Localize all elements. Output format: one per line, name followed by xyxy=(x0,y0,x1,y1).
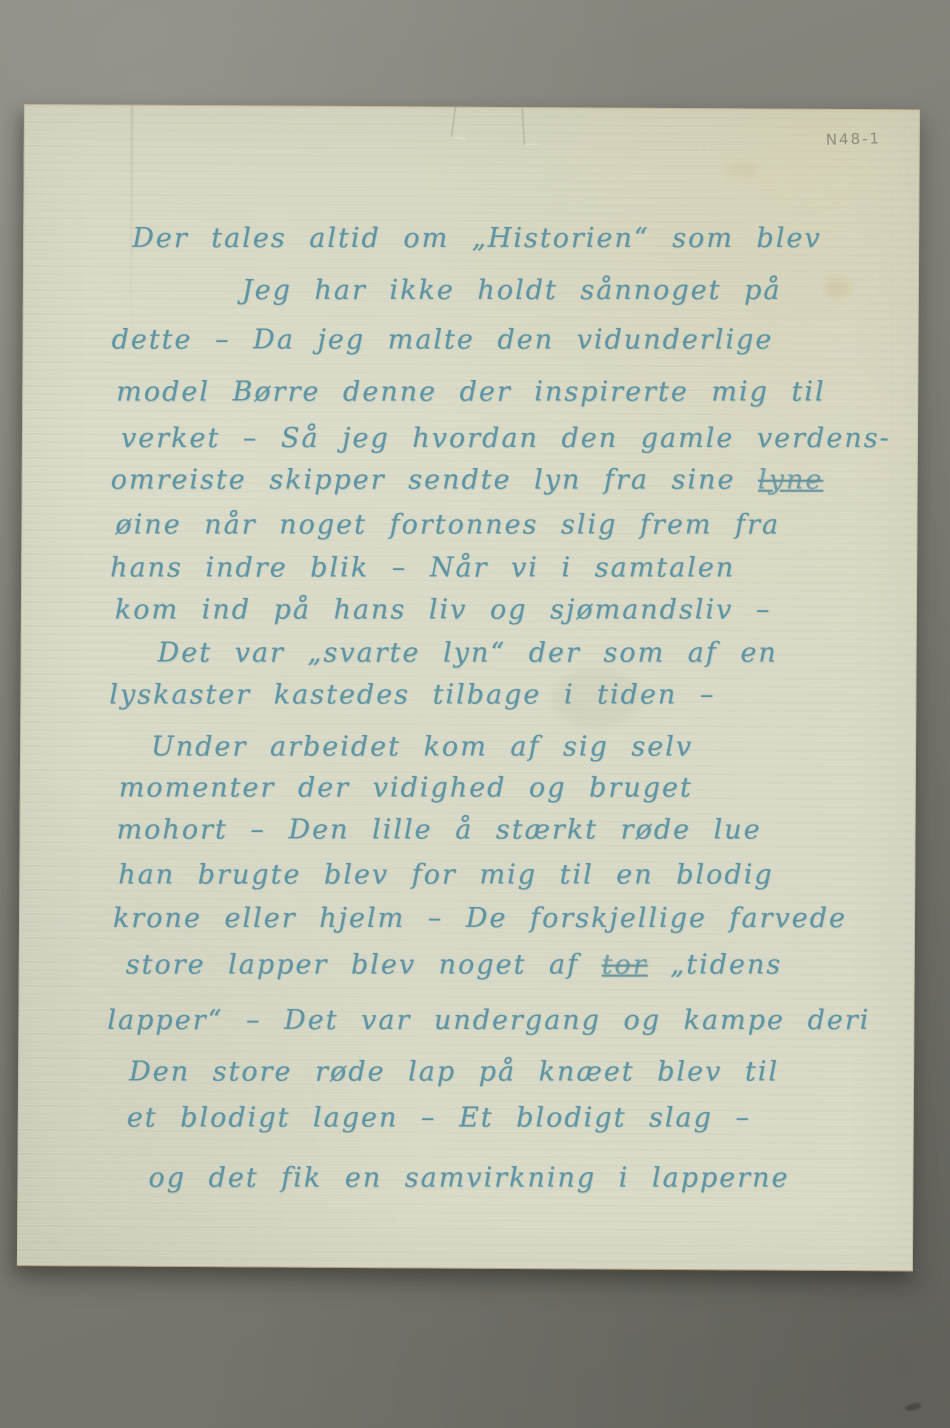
manuscript-line: Jeg har ikke holdt sånnoget på xyxy=(242,275,782,306)
manuscript-line: krone eller hjelm – De forskjellige farv… xyxy=(113,903,847,934)
handwriting-text: øine når noget fortonnes slig frem fra xyxy=(115,510,780,541)
handwriting-text: hans indre blik – Når vi i samtalen xyxy=(110,552,735,583)
handwriting-text: mohort – Den lille å stærkt røde lue xyxy=(117,815,762,846)
handwriting-text: Det var „svarte lyn“ der som af en xyxy=(158,638,778,669)
manuscript-line: verket – Så jeg hvordan den gamle verden… xyxy=(121,423,891,454)
handwriting-text: dette – Da jeg malte den vidunderlige xyxy=(112,325,774,356)
handwriting-text: verket – Så jeg hvordan den gamle verden… xyxy=(121,423,891,454)
handwriting-text: „tidens xyxy=(648,950,783,981)
manuscript-line: øine når noget fortonnes slig frem fra xyxy=(115,510,780,541)
manuscript-line: lyskaster kastedes tilbage i tiden – xyxy=(109,679,715,710)
handwriting-text: store lapper blev noget af xyxy=(126,950,602,981)
manuscript-line: han brugte blev for mig til en blodig xyxy=(118,860,773,891)
manuscript-line: Der tales altid om „Historien“ som blev xyxy=(132,223,822,254)
manuscript-line: hans indre blik – Når vi i samtalen xyxy=(110,552,735,583)
manuscript-line: Under arbeidet kom af sig selv xyxy=(151,731,693,762)
handwriting-text: lyskaster kastedes tilbage i tiden – xyxy=(109,679,715,710)
manuscript-line: Den store røde lap på knæet blev til xyxy=(129,1057,779,1088)
manuscript-text: Der tales altid om „Historien“ som blevJ… xyxy=(18,105,919,1270)
photo-backdrop: N48-1 Der tales altid om „Historien“ som… xyxy=(0,0,950,1428)
manuscript-sheet: N48-1 Der tales altid om „Historien“ som… xyxy=(17,104,920,1271)
manuscript-line: kom ind på hans liv og sjømandsliv – xyxy=(115,595,772,626)
handwriting-text: Jeg har ikke holdt sånnoget på xyxy=(242,275,782,306)
manuscript-line: Det var „svarte lyn“ der som af en xyxy=(158,638,778,669)
manuscript-line: mohort – Den lille å stærkt røde lue xyxy=(117,815,762,846)
manuscript-line: model Børre denne der inspirerte mig til xyxy=(116,377,825,408)
manuscript-line: momenter der vidighed og bruget xyxy=(119,772,693,803)
struck-word: tor xyxy=(602,950,648,981)
handwriting-text: Der tales altid om „Historien“ som blev xyxy=(132,223,822,254)
manuscript-line: store lapper blev noget af tor „tidens xyxy=(126,950,783,981)
handwriting-text: model Børre denne der inspirerte mig til xyxy=(116,377,825,408)
manuscript-line: et blodigt lagen – Et blodigt slag – xyxy=(127,1103,751,1134)
handwriting-text: og det fik en samvirkning i lapperne xyxy=(148,1163,789,1194)
manuscript-line: dette – Da jeg malte den vidunderlige xyxy=(112,325,774,356)
manuscript-line: lapper“ – Det var undergang og kampe der… xyxy=(107,1005,870,1036)
handwriting-text: lapper“ – Det var undergang og kampe der… xyxy=(107,1005,870,1036)
handwriting-text: et blodigt lagen – Et blodigt slag – xyxy=(127,1103,751,1134)
struck-word: lyne xyxy=(758,465,823,496)
handwriting-text: krone eller hjelm – De forskjellige farv… xyxy=(113,903,847,934)
handwriting-text: Den store røde lap på knæet blev til xyxy=(129,1057,779,1088)
handwriting-text: omreiste skipper sendte lyn fra sine xyxy=(111,465,758,496)
handwriting-text: kom ind på hans liv og sjømandsliv – xyxy=(115,595,772,626)
handwriting-text: han brugte blev for mig til en blodig xyxy=(118,860,773,891)
backdrop-speck xyxy=(905,1402,922,1411)
manuscript-line: omreiste skipper sendte lyn fra sine lyn… xyxy=(111,465,824,496)
handwriting-text: momenter der vidighed og bruget xyxy=(119,772,693,803)
manuscript-line: og det fik en samvirkning i lapperne xyxy=(148,1163,789,1194)
handwriting-text: Under arbeidet kom af sig selv xyxy=(151,731,693,762)
